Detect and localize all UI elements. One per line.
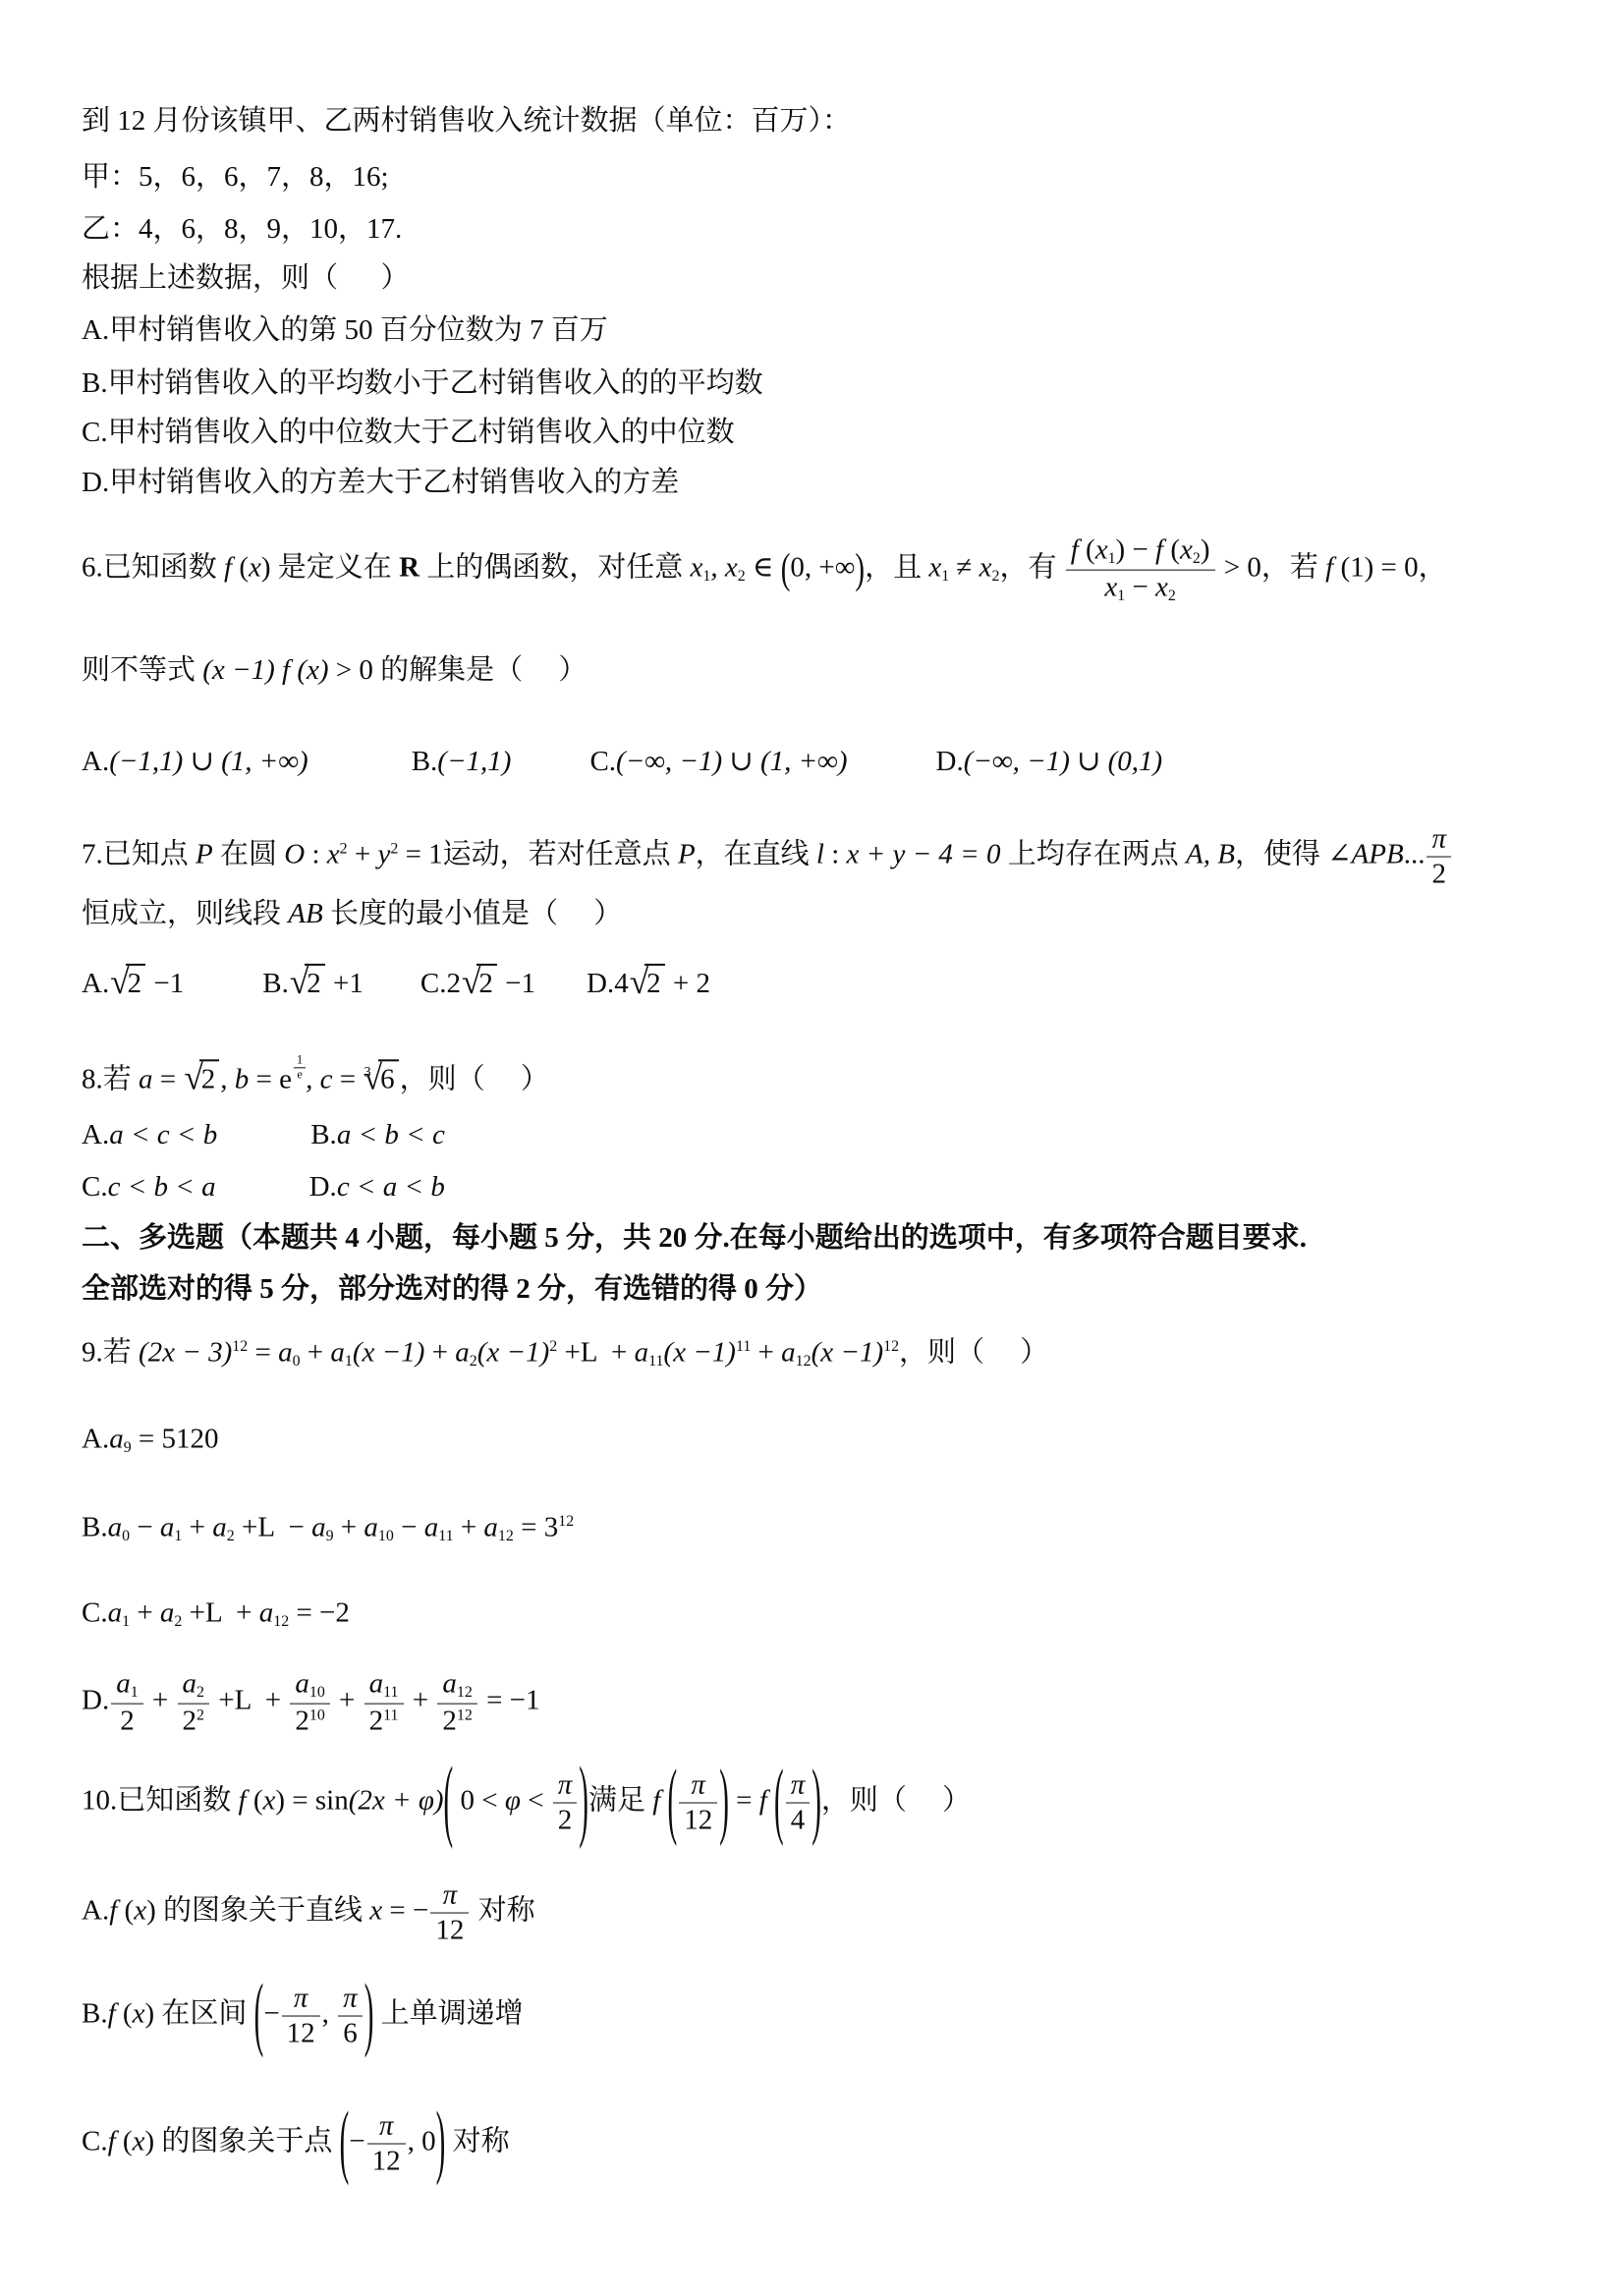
q9-option-b: B.a0 − a1 + a2 +L − a9 + a10 − a11 + a12…: [82, 1509, 574, 1545]
math-run: ...: [1404, 839, 1426, 870]
math-run: π: [379, 2110, 394, 2142]
q5-option-c: C.甲村销售收入的中位数大于乙村销售收入的中位数: [82, 415, 735, 450]
text-run: ，则（ ）: [400, 1063, 549, 1094]
math-run: ≠: [949, 552, 979, 584]
math-run: = −1: [479, 1685, 540, 1716]
math-run: B.: [310, 1119, 337, 1150]
math-run: f: [239, 1785, 253, 1817]
q9-option-c: C.a1 + a2 +L + a12 = −2: [82, 1595, 350, 1631]
big-paren: (: [340, 2102, 350, 2185]
denominator: 12: [430, 1913, 469, 1946]
text-run: 对称: [445, 2126, 509, 2157]
q9-stem: 9.若 (2x − 3)12 = a0 + a1(x −1) + a2(x −1…: [82, 1334, 1048, 1371]
math-run: +: [182, 1511, 212, 1542]
text-run: 甲：5，6，6，7，8，16;: [82, 161, 389, 193]
big-paren: ): [436, 2102, 446, 2185]
math-run: a: [212, 1511, 227, 1542]
math-run: −: [263, 1998, 279, 2030]
q10-option-b: B.f (x) 在区间 (−π12, π6) 上单调递增: [82, 1983, 524, 2050]
numerator: a2: [178, 1668, 209, 1704]
math-run: A.: [82, 1423, 109, 1454]
math-run: a: [483, 1511, 498, 1542]
q8-stem: 8.若 a = √2, b = e1e, c = 3√6，则（ ）: [82, 1053, 549, 1097]
math-run: x: [928, 552, 941, 584]
math-run: A.: [82, 968, 109, 999]
math-run: 2: [183, 1706, 197, 1737]
math-run: +: [348, 839, 378, 870]
math-run: x: [249, 552, 261, 584]
denominator: 212: [437, 1704, 476, 1737]
math-run: (: [1086, 534, 1095, 566]
math-run: (x −1): [811, 1336, 884, 1368]
superscript: 11: [736, 1338, 751, 1355]
subscript: 11: [648, 1353, 663, 1370]
q6-options: A.(−1,1) ∪ (1, +∞)B.(−1,1)C.(−∞, −1) ∪ (…: [82, 744, 1162, 779]
math-run: l: [816, 839, 824, 870]
math-run: 12: [287, 2018, 315, 2049]
math-run: D.: [309, 1171, 337, 1203]
text-run: 恒成立，则线段: [82, 898, 288, 929]
numerator: a1: [111, 1668, 142, 1704]
q9-option-d: D.a12 + a222 +L + a10210 + a11211 + a122…: [82, 1668, 540, 1738]
math-run: AB: [288, 898, 322, 929]
q6-stem-line2: 则不等式 (x −1) f (x) > 0 的解集是（ ）: [82, 652, 587, 688]
q6-stem-line1: 6.已知函数 f (x) 是定义在 R 上的偶函数，对任意 x1, x2 ∈ (…: [82, 534, 1447, 606]
q5-option-b: B.甲村销售收入的平均数小于乙村销售收入的的平均数: [82, 365, 763, 401]
denominator: 12: [282, 2016, 320, 2049]
numerator: a12: [437, 1668, 476, 1704]
fraction: π6: [338, 1983, 363, 2050]
math-run: (: [239, 552, 249, 584]
bold-text-run: 全部选对的得 5 分，部分选对的得 2 分，有选错的得 0 分）: [82, 1273, 822, 1305]
q5-data-yi: 乙：4，6，8，9，10，17.: [82, 211, 402, 247]
math-run: , x: [710, 552, 737, 584]
denominator: 210: [290, 1704, 329, 1737]
numerator: 1: [294, 1053, 306, 1067]
text-run: ，使得: [1235, 839, 1327, 870]
subscript: 1: [131, 1684, 139, 1701]
math-run: (−∞, −1) ∪ (0,1): [964, 746, 1163, 777]
math-run: a: [781, 1336, 796, 1368]
q5-data-jia: 甲：5，6，6，7，8，16;: [82, 159, 389, 195]
numerator: π: [430, 1879, 469, 1913]
superscript: 10: [309, 1708, 325, 1724]
big-paren: (: [781, 548, 791, 591]
math-run: ∈: [746, 552, 781, 584]
q10-stem: 10.已知函数 f (x) = sin(2x + φ)( 0 < φ < π2)…: [82, 1769, 971, 1837]
numerator: a11: [364, 1668, 404, 1704]
superscript: 2: [549, 1338, 557, 1355]
subscript: 1: [941, 568, 949, 585]
math-run: +: [301, 1336, 331, 1368]
numerator: π: [338, 1983, 363, 2016]
math-run: = −2: [289, 1596, 350, 1628]
math-run: (x −1): [477, 1336, 550, 1368]
math-run: 12: [372, 2146, 401, 2177]
math-run: (x −1) f (x): [202, 654, 328, 686]
subscript: 11: [438, 1528, 453, 1544]
denominator: e: [294, 1068, 306, 1082]
big-paren: ): [811, 1761, 821, 1846]
math-run: a: [364, 1511, 378, 1542]
math-run: , 0: [408, 2126, 436, 2157]
text-run: 到 12 月份该镇甲、乙两村销售收入统计数据（单位：百万）：: [82, 105, 851, 137]
math-run: x: [1180, 534, 1193, 566]
q5-option-d: D.甲村销售收入的方差大于乙村销售收入的方差: [82, 465, 679, 500]
math-run: c < a < b: [337, 1171, 445, 1203]
math-run: = 5120: [132, 1423, 219, 1454]
denominator: 12: [679, 1803, 717, 1836]
math-run: 0 <: [453, 1785, 505, 1817]
math-run: x: [327, 839, 340, 870]
math-run: 2: [120, 1706, 135, 1737]
radical-index: 3: [364, 1064, 370, 1080]
math-run: x: [1155, 572, 1168, 603]
denominator: 12: [367, 2144, 406, 2177]
math-run: x: [1104, 572, 1117, 603]
math-run: a: [160, 1511, 175, 1542]
math-run: ): [144, 1998, 154, 2030]
text-run: B.甲村销售收入的平均数小于乙村销售收入的的平均数: [82, 367, 763, 399]
fraction: π12: [367, 2110, 406, 2178]
math-run: x: [263, 1785, 276, 1817]
numerator: π: [679, 1769, 717, 1803]
text-run: 则不等式: [82, 654, 202, 686]
q7-options: A.√2 −1B.√2 +1C.2√2 −1D.4√2 + 2: [82, 959, 710, 1002]
q5-prompt: 根据上述数据，则（ ）: [82, 260, 410, 296]
subscript: 2: [738, 568, 746, 585]
fraction: a12: [111, 1668, 142, 1738]
math-run: 2: [446, 968, 461, 999]
math-run: B.: [412, 746, 438, 777]
superscript: 2: [196, 1708, 204, 1724]
bold-text-run: R: [399, 552, 420, 584]
spacer: [184, 991, 262, 992]
radical-sign: √: [630, 962, 648, 1001]
text-run: 6.已知函数: [82, 552, 224, 584]
superscript: 2: [340, 840, 348, 857]
text-run: 10.已知函数: [82, 1785, 239, 1817]
text-run: 运动，若对任意点: [443, 839, 678, 870]
text-run: C.甲村销售收入的中位数大于乙村销售收入的中位数: [82, 417, 735, 448]
math-run: a: [139, 1063, 153, 1094]
subscript: 12: [273, 1613, 289, 1630]
spacer: [511, 769, 589, 770]
subscript: 2: [227, 1528, 235, 1544]
math-run: π: [443, 1879, 458, 1911]
math-run: 2: [1431, 859, 1446, 890]
math-run: −1: [146, 968, 184, 999]
spacer: [848, 769, 936, 770]
text-run: 在圆: [213, 839, 285, 870]
denominator: 2: [1427, 857, 1451, 890]
math-run: f: [1071, 534, 1086, 566]
math-run: ∠: [1327, 839, 1351, 870]
denominator: 4: [786, 1803, 811, 1836]
subscript: 12: [796, 1353, 811, 1370]
subscript: 12: [457, 1684, 473, 1701]
math-run: 6: [343, 2018, 358, 2049]
q8-options-ab: A.a < c < bB.a < b < c: [82, 1117, 445, 1152]
math-run: :: [824, 839, 847, 870]
math-run: 2: [369, 1706, 384, 1737]
numerator: π: [553, 1769, 578, 1803]
text-run: ，且: [865, 552, 928, 584]
math-run: =: [153, 1063, 184, 1094]
math-run: 2: [478, 968, 493, 999]
text-run: 根据上述数据，则（ ）: [82, 262, 410, 294]
math-run: a: [109, 1423, 124, 1454]
numerator: a10: [290, 1668, 329, 1704]
math-run: B.: [82, 1998, 108, 2030]
math-run: +: [454, 1511, 484, 1542]
q9-option-a: A.a9 = 5120: [82, 1421, 219, 1457]
numerator: π: [1427, 823, 1451, 857]
math-run: a: [369, 1668, 384, 1700]
math-run: = 3: [514, 1511, 558, 1542]
math-run: x: [134, 1895, 146, 1927]
text-run: ，有: [999, 552, 1063, 584]
fraction: π2: [553, 1769, 578, 1837]
math-run: x: [691, 552, 703, 584]
math-run: x: [979, 552, 992, 584]
math-run: <: [521, 1785, 551, 1817]
math-run: > 0: [329, 654, 373, 686]
math-run: (2x + φ): [349, 1785, 444, 1817]
math-run: (−∞, −1) ∪ (1, +∞): [616, 746, 847, 777]
big-paren: (: [774, 1761, 784, 1846]
text-run: 上单调递增: [373, 1998, 523, 2030]
spacer: [217, 1143, 310, 1144]
math-run: +: [751, 1336, 781, 1368]
math-run: f: [109, 1895, 124, 1927]
radical: √2: [110, 959, 145, 1002]
text-run: ，: [1419, 552, 1447, 584]
superscript: 11: [383, 1708, 398, 1724]
fraction: a222: [178, 1668, 209, 1738]
section2-header-line2: 全部选对的得 5 分，部分选对的得 2 分，有选错的得 0 分）: [82, 1271, 822, 1307]
math-run: −1: [498, 968, 535, 999]
text-run: ，则（ ）: [899, 1336, 1048, 1368]
fraction: π2: [1427, 823, 1451, 891]
math-run: C.: [589, 746, 616, 777]
math-run: :: [305, 839, 327, 870]
text-run: ，则（ ）: [821, 1785, 971, 1817]
q7-stem-line2: 恒成立，则线段 AB 长度的最小值是（ ）: [82, 896, 622, 931]
math-run: f: [1155, 534, 1170, 566]
superscript: 12: [232, 1338, 248, 1355]
math-run: (1) = 0: [1340, 552, 1418, 584]
math-run: 2: [307, 968, 321, 999]
math-run: y: [377, 839, 390, 870]
radical-sign: √: [290, 962, 308, 1001]
math-run: 2: [295, 1706, 309, 1737]
math-run: (: [125, 1895, 135, 1927]
numerator: π: [367, 2110, 406, 2144]
math-run: x: [133, 1998, 145, 2030]
fraction: π12: [679, 1769, 717, 1837]
q7-stem-line1: 7.已知点 P 在圆 O : x2 + y2 = 1运动，若对任意点 P，在直线…: [82, 823, 1453, 891]
big-paren: ): [855, 548, 865, 591]
text-run: 的解集是（ ）: [373, 654, 588, 686]
math-run: C.: [82, 1596, 108, 1628]
math-run: +: [130, 1596, 160, 1628]
math-run: π: [1431, 823, 1446, 855]
math-run: π: [558, 1769, 573, 1801]
math-run: (2x − 3): [139, 1336, 232, 1368]
math-run: ): [144, 2126, 154, 2157]
math-run: > 0: [1217, 552, 1261, 584]
math-run: (x −1): [663, 1336, 736, 1368]
math-run: =: [333, 1063, 364, 1094]
math-run: +: [334, 1511, 364, 1542]
math-run: a: [108, 1511, 123, 1542]
math-run: a: [259, 1596, 274, 1628]
math-run: f: [108, 2126, 123, 2157]
exponent-fraction: 1e: [294, 1053, 306, 1082]
subscript: 11: [383, 1684, 398, 1701]
q8-options-cd: C.c < b < aD.c < a < b: [82, 1169, 445, 1204]
math-run: a: [330, 1336, 345, 1368]
math-run: ,: [322, 1998, 337, 2030]
math-run: a: [311, 1511, 326, 1542]
math-run: 12: [435, 1915, 464, 1946]
subscript: 1: [1108, 550, 1116, 567]
math-run: π: [343, 1983, 358, 2014]
q10-option-a: A.f (x) 的图象关于直线 x = −π12 对称: [82, 1879, 535, 1947]
subscript: 10: [309, 1684, 325, 1701]
radical: √2: [290, 959, 325, 1002]
text-run: ，若: [1261, 552, 1325, 584]
text-run: 7.已知点: [82, 839, 196, 870]
math-run: a: [183, 1668, 197, 1700]
big-paren: (: [668, 1761, 678, 1846]
subscript: 1: [122, 1613, 130, 1630]
text-run: 上的偶函数，对任意: [420, 552, 691, 584]
math-run: x: [133, 2126, 145, 2157]
subscript: 9: [326, 1528, 334, 1544]
subscript: 2: [1168, 588, 1176, 604]
math-run: a: [278, 1336, 293, 1368]
spacer: [364, 991, 420, 992]
math-run: +L +: [211, 1685, 288, 1716]
math-run: (x −1): [353, 1336, 425, 1368]
math-run: a: [424, 1511, 439, 1542]
math-run: a: [635, 1336, 649, 1368]
math-run: 12: [684, 1805, 712, 1836]
text-run: 乙：4，6，8，9，10，17.: [82, 213, 402, 245]
math-run: ): [1201, 534, 1210, 566]
q10-option-c: C.f (x) 的图象关于点 (−π12, 0) 对称: [82, 2110, 510, 2178]
text-run: 8.若: [82, 1063, 139, 1094]
math-run: A.: [82, 1895, 109, 1927]
math-run: C.: [82, 2126, 108, 2157]
math-run: 4: [791, 1805, 806, 1836]
math-run: a < c < b: [109, 1119, 217, 1150]
text-run: 是定义在: [271, 552, 400, 584]
math-run: A, B: [1186, 839, 1235, 870]
superscript: 12: [558, 1513, 574, 1530]
math-run: +: [332, 1685, 363, 1716]
radical-sign: √: [110, 962, 129, 1001]
math-run: (: [253, 1785, 263, 1817]
radical: 3√6: [364, 1054, 398, 1097]
fraction: π12: [430, 1879, 469, 1947]
math-run: C.: [420, 968, 447, 999]
math-run: a: [295, 1668, 309, 1700]
math-run: D.: [82, 1685, 109, 1716]
math-run: C.: [82, 1171, 108, 1203]
denominator: 22: [178, 1704, 209, 1737]
math-run: π: [294, 1983, 308, 2014]
math-run: c < b < a: [108, 1171, 216, 1203]
fraction: f (x1) − f (x2)x1 − x2: [1066, 534, 1215, 606]
text-run: 长度的最小值是（ ）: [323, 898, 623, 929]
math-run: +L +: [557, 1336, 634, 1368]
math-run: + 2: [666, 968, 710, 999]
math-run: = 1: [398, 839, 442, 870]
section2-header-line1: 二、多选题（本题共 4 小题，每小题 5 分，共 20 分.在每小题给出的选项中…: [82, 1220, 1307, 1256]
math-run: B.: [262, 968, 289, 999]
radical: √2: [462, 959, 497, 1002]
math-run: 2: [646, 968, 661, 999]
radical: √2: [630, 959, 665, 1002]
subscript: 2: [1193, 550, 1201, 567]
math-run: 0, +∞: [790, 552, 855, 584]
math-run: A.: [82, 1119, 109, 1150]
math-run: D.: [936, 746, 964, 777]
math-run: 4: [614, 968, 629, 999]
math-run: x + y − 4 = 0: [847, 839, 1001, 870]
big-paren: ): [719, 1761, 729, 1846]
big-paren: (: [254, 1975, 264, 2057]
denominator: 6: [338, 2016, 363, 2049]
math-run: −: [349, 2126, 364, 2157]
radical-sign: √: [462, 962, 480, 1001]
big-paren: ): [579, 1758, 588, 1849]
math-run: ): [146, 1895, 156, 1927]
math-run: P: [678, 839, 696, 870]
text-run: 的图象关于直线: [156, 1895, 370, 1927]
bold-text-run: 二、多选题（本题共 4 小题，每小题 5 分，共 20 分.在每小题给出的选项中…: [82, 1222, 1307, 1254]
subscript: 1: [1117, 588, 1125, 604]
math-run: φ: [505, 1785, 521, 1817]
numerator: π: [282, 1983, 320, 2016]
math-run: f: [652, 1785, 667, 1817]
math-run: (: [123, 1998, 133, 2030]
math-run: f: [108, 1998, 123, 2030]
math-run: D.: [587, 968, 614, 999]
denominator: 2: [111, 1704, 142, 1737]
math-run: , b: [220, 1063, 249, 1094]
math-run: +L −: [235, 1511, 311, 1542]
math-run: a < b < c: [337, 1119, 445, 1150]
math-run: APB: [1352, 839, 1404, 870]
subscript: 0: [122, 1528, 130, 1544]
text-run: 上均存在两点: [1001, 839, 1187, 870]
math-run: f: [224, 552, 239, 584]
text-run: 的图象关于点: [154, 2126, 340, 2157]
subscript: 9: [124, 1439, 132, 1456]
math-run: , c: [306, 1063, 332, 1094]
math-run: = −: [382, 1895, 428, 1927]
math-run: =: [248, 1336, 278, 1368]
superscript: 12: [457, 1708, 473, 1724]
fraction: a11211: [364, 1668, 404, 1738]
spacer: [308, 769, 412, 770]
q5-data-intro: 到 12 月份该镇甲、乙两村销售收入统计数据（单位：百万）：: [82, 103, 851, 139]
subscript: 0: [293, 1353, 301, 1370]
